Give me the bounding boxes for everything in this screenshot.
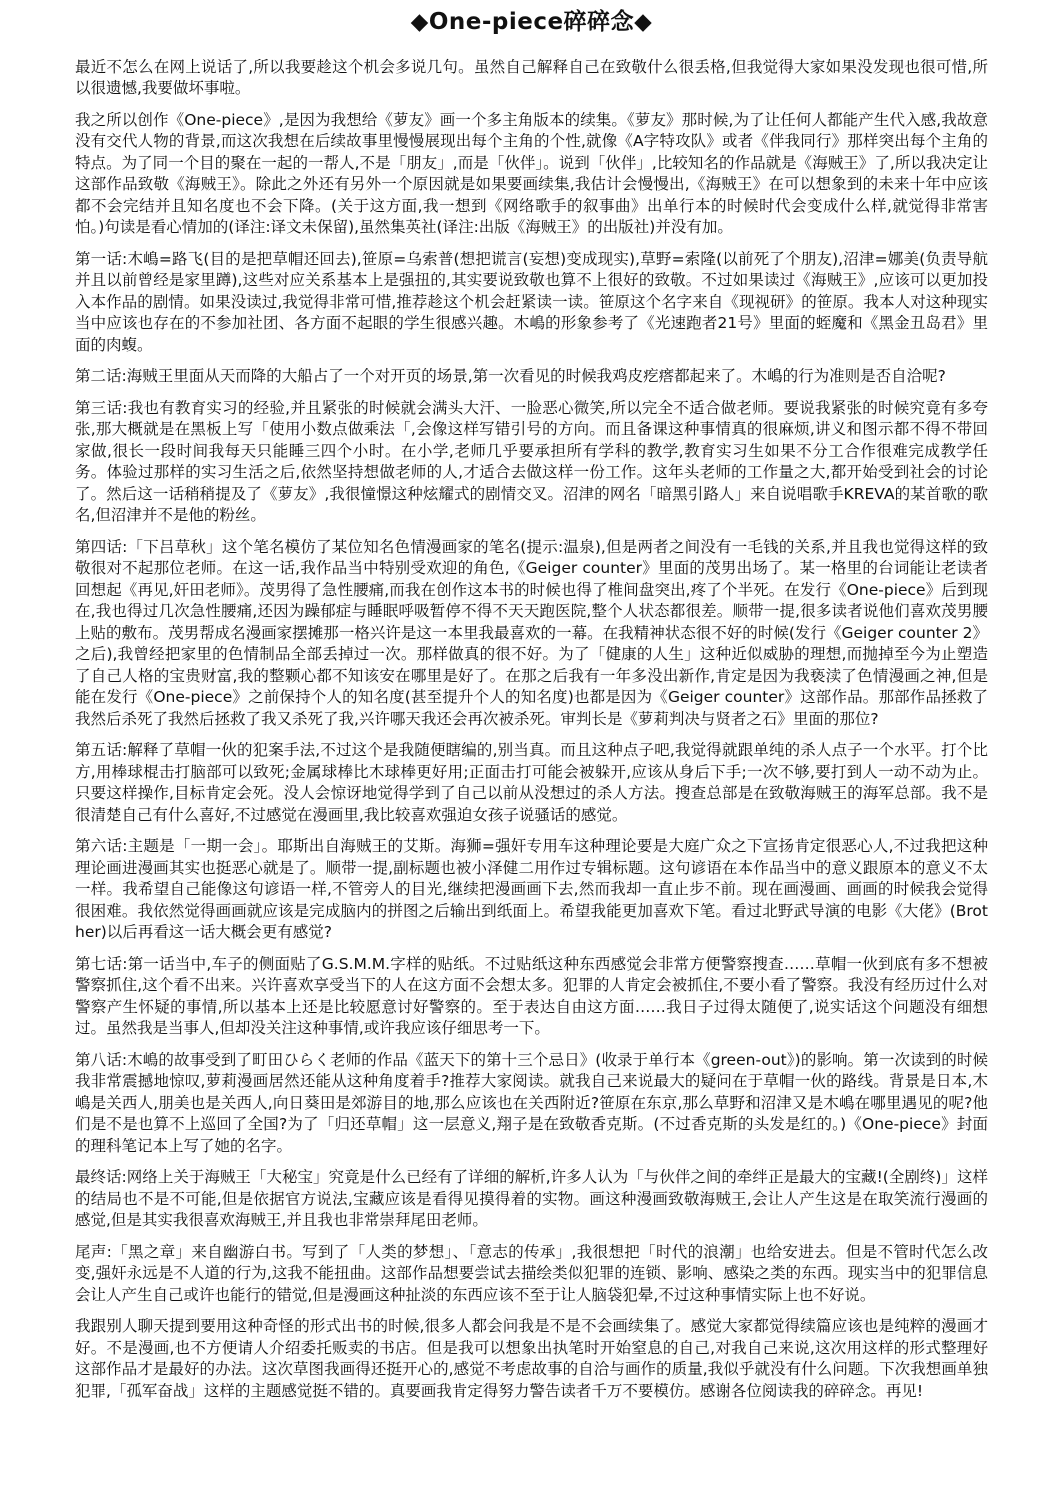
paragraph-list: 最近不怎么在网上说话了,所以我要趁这个机会多说几句。虽然自己解释自己在致敬什么很… xyxy=(75,57,988,1403)
paragraph: 尾声:「黑之章」来自幽游白书。写到了「人类的梦想」、「意志的传承」,我很想把「时… xyxy=(75,1242,988,1307)
paragraph: 我跟别人聊天提到要用这种奇怪的形式出书的时候,很多人都会问我是不是不会画续集了。… xyxy=(75,1316,988,1402)
paragraph: 最终话:网络上关于海贼王「大秘宝」究竟是什么已经有了详细的解析,许多人认为「与伙… xyxy=(75,1167,988,1232)
paragraph: 第一话:木嶋=路飞(目的是把草帽还回去),笹原=乌索普(想把谎言(妄想)变成现实… xyxy=(75,249,988,357)
paragraph: 第五话:解释了草帽一伙的犯案手法,不过这个是我随便瞎编的,别当真。而且这种点子吧… xyxy=(75,740,988,826)
paragraph: 第四话:「下吕草秋」这个笔名模仿了某位知名色情漫画家的笔名(提示:温泉),但是两… xyxy=(75,537,988,731)
document-page: ◆One-piece碎碎念◆ 最近不怎么在网上说话了,所以我要趁这个机会多说几句… xyxy=(0,0,1062,1500)
paragraph: 第三话:我也有教育实习的经验,并且紧张的时候就会满头大汗、一脸恶心微笑,所以完全… xyxy=(75,398,988,527)
paragraph: 第六话:主题是「一期一会」。耶斯出自海贼王的艾斯。海狮=强奸专用车这种理论要是大… xyxy=(75,836,988,944)
paragraph: 第八话:木嶋的故事受到了町田ひらく老师的作品《蓝天下的第十三个忌日》(收录于单行… xyxy=(75,1050,988,1158)
page-title: ◆One-piece碎碎念◆ xyxy=(75,8,988,38)
paragraph: 最近不怎么在网上说话了,所以我要趁这个机会多说几句。虽然自己解释自己在致敬什么很… xyxy=(75,57,988,100)
paragraph: 第七话:第一话当中,车子的侧面贴了G.S.M.M.字样的贴纸。不过贴纸这种东西感… xyxy=(75,954,988,1040)
paragraph: 我之所以创作《One-piece》,是因为我想给《萝友》画一个多主角版本的续集。… xyxy=(75,110,988,239)
paragraph: 第二话:海贼王里面从天而降的大船占了一个对开页的场景,第一次看见的时候我鸡皮疙瘩… xyxy=(75,366,988,388)
